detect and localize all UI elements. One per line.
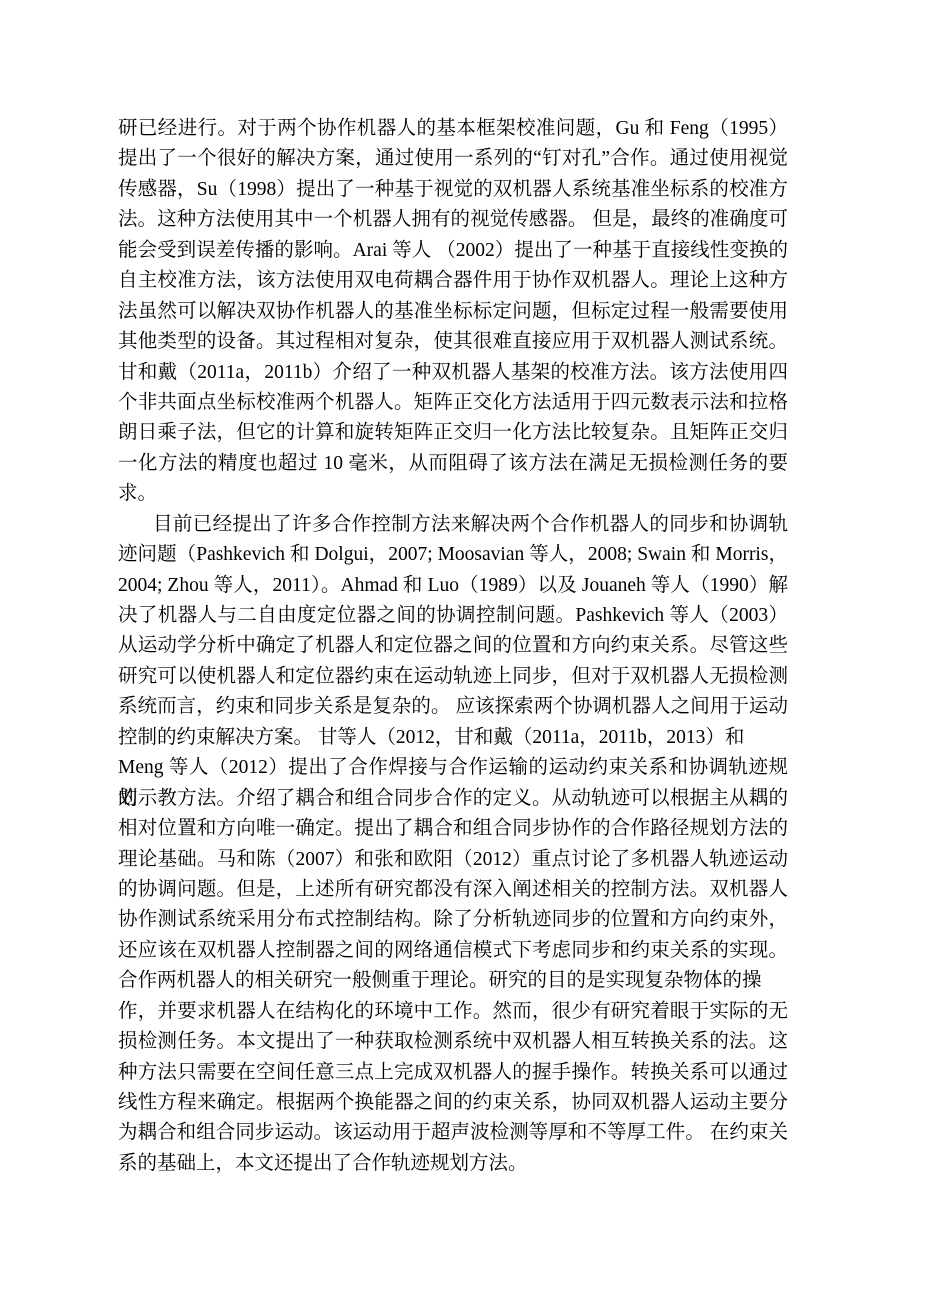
paragraph-1: 研已经进行。对于两个协作机器人的基本框架校准问题，Gu 和 Feng（1995）… — [118, 114, 788, 510]
paragraph-2: 目前已经提出了许多合作控制方法来解决两个合作机器人的同步和协调轨迹问题（Pash… — [118, 510, 788, 1180]
text-line: 相对位置和方向唯一确定。提出了耦合和组合同步协作的合作路径规划方法的 — [118, 814, 788, 844]
text-line: 线性方程来确定。根据两个换能器之间的约束关系，协同双机器人运动主要分 — [118, 1088, 788, 1118]
text-line: 种方法只需要在空间任意三点上完成双机器人的握手操作。转换关系可以通过 — [118, 1058, 788, 1088]
text-line: 协作测试系统采用分布式控制结构。除了分析轨迹同步的位置和方向约束外， — [118, 905, 788, 935]
text-line: 控制的约束解决方案。 甘等人（2012，甘和戴（2011a，2011b，2013… — [118, 723, 788, 753]
text-line: 一化方法的精度也超过 10 毫米，从而阻碍了该方法在满足无损检测任务的要 — [118, 449, 788, 479]
text-line: 系的基础上，本文还提出了合作轨迹规划方法。 — [118, 1149, 788, 1179]
text-block: 研已经进行。对于两个协作机器人的基本框架校准问题，Gu 和 Feng（1995）… — [118, 114, 788, 1179]
text-line: 合作两机器人的相关研究一般侧重于理论。研究的目的是实现复杂物体的操 — [118, 966, 788, 996]
text-line: 损检测任务。本文提出了一种获取检测系统中双机器人相互转换关系的法。这 — [118, 1027, 788, 1057]
text-line: 系统而言，约束和同步关系是复杂的。 应该探索两个协调机器人之间用于运动 — [118, 692, 788, 722]
text-line: 传感器，Su（1998）提出了一种基于视觉的双机器人系统基准坐标系的校准方 — [118, 175, 788, 205]
text-line: 作，并要求机器人在结构化的环境中工作。然而，很少有研究着眼于实际的无 — [118, 997, 788, 1027]
text-line: 迹问题（Pashkevich 和 Dolgui，2007; Moosavian … — [118, 540, 788, 570]
text-line: 还应该在双机器人控制器之间的网络通信模式下考虑同步和约束关系的实现。 — [118, 936, 788, 966]
text-line: 法。这种方法使用其中一个机器人拥有的视觉传感器。 但是，最终的准确度可 — [118, 205, 788, 235]
text-line: 2004; Zhou 等人，2011）。Ahmad 和 Luo（1989）以及 … — [118, 571, 788, 601]
text-line: 个非共面点坐标校准两个机器人。矩阵正交化方法适用于四元数表示法和拉格 — [118, 388, 788, 418]
text-line: 目前已经提出了许多合作控制方法来解决两个合作机器人的同步和协调轨 — [118, 510, 788, 540]
text-line: 决了机器人与二自由度定位器之间的协调控制问题。Pashkevich 等人（200… — [118, 601, 788, 631]
text-line: 甘和戴（2011a，2011b）介绍了一种双机器人基架的校准方法。该方法使用四 — [118, 358, 788, 388]
text-line: 自主校准方法，该方法使用双电荷耦合器件用于协作双机器人。理论上这种方 — [118, 266, 788, 296]
document-page: 研已经进行。对于两个协作机器人的基本框架校准问题，Gu 和 Feng（1995）… — [0, 0, 926, 1309]
text-line: 研已经进行。对于两个协作机器人的基本框架校准问题，Gu 和 Feng（1995） — [118, 114, 788, 144]
text-line: 的协调问题。但是，上述所有研究都没有深入阐述相关的控制方法。双机器人 — [118, 875, 788, 905]
text-line: 法虽然可以解决双协作机器人的基准坐标标定问题，但标定过程一般需要使用 — [118, 297, 788, 327]
text-line: 求。 — [118, 479, 788, 509]
text-line: 提出了一个很好的解决方案，通过使用一系列的“钉对孔”合作。通过使用视觉 — [118, 144, 788, 174]
text-line: 朗日乘子法，但它的计算和旋转矩阵正交归一化方法比较复杂。且矩阵正交归 — [118, 418, 788, 448]
text-line: 的示教方法。介绍了耦合和组合同步合作的定义。从动轨迹可以根据主从耦的 — [118, 784, 788, 814]
text-line: Meng 等人（2012）提出了合作焊接与合作运输的运动约束关系和协调轨迹规划 — [118, 753, 788, 783]
text-line: 其他类型的设备。其过程相对复杂，使其很难直接应用于双机器人测试系统。 — [118, 327, 788, 357]
text-line: 能会受到误差传播的影响。Arai 等人 （2002）提出了一种基于直接线性变换的 — [118, 236, 788, 266]
text-line: 理论基础。马和陈（2007）和张和欧阳（2012）重点讨论了多机器人轨迹运动 — [118, 845, 788, 875]
text-line: 从运动学分析中确定了机器人和定位器之间的位置和方向约束关系。尽管这些 — [118, 631, 788, 661]
text-line: 为耦合和组合同步运动。该运动用于超声波检测等厚和不等厚工件。 在约束关 — [118, 1118, 788, 1148]
text-line: 研究可以使机器人和定位器约束在运动轨迹上同步，但对于双机器人无损检测 — [118, 662, 788, 692]
